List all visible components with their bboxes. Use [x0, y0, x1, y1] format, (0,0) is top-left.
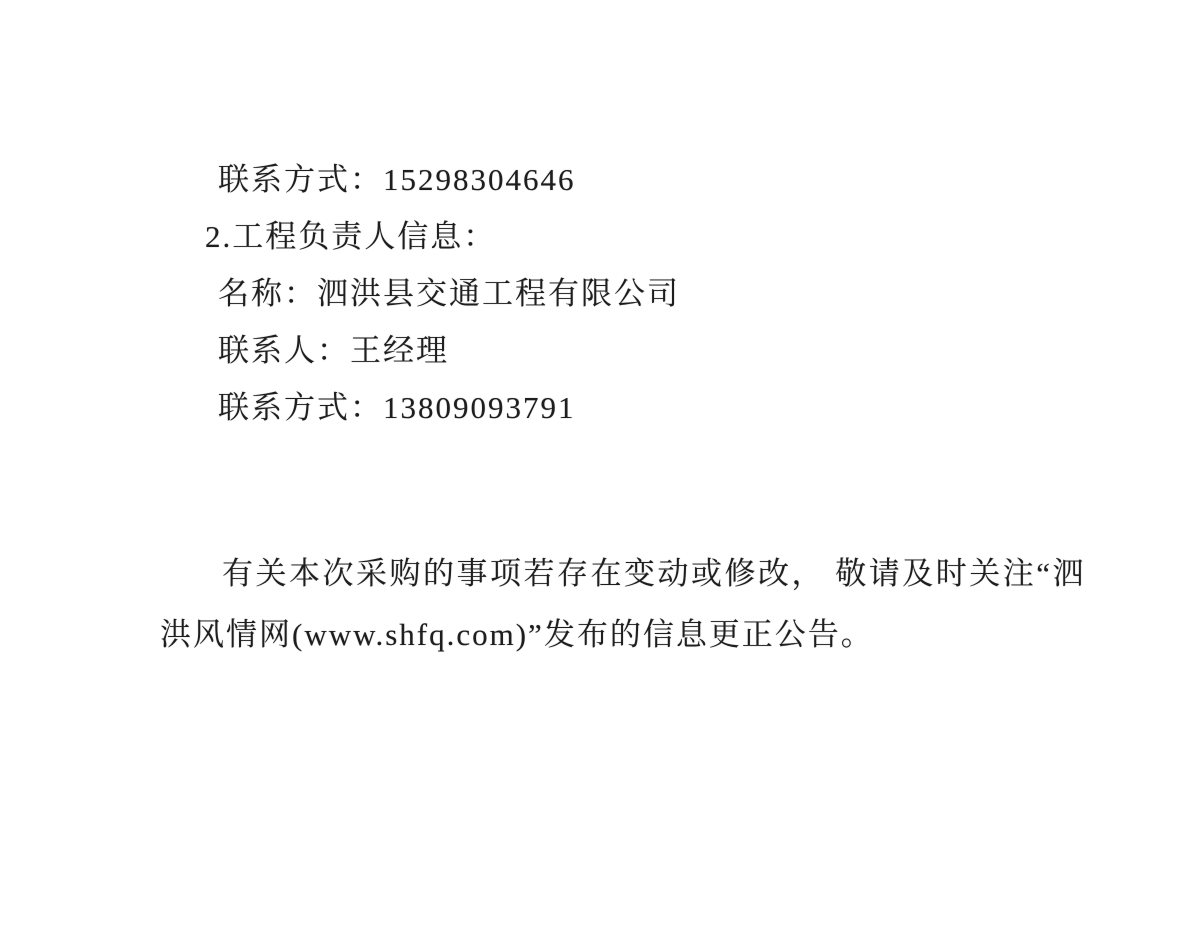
contact-phone-line: 联系方式：15298304646 [218, 163, 576, 197]
company-name-line: 名称：泗洪县交通工程有限公司 [218, 277, 680, 311]
closing-paragraph-line-2: 洪风情网(www.shfq.com)”发布的信息更正公告。 [160, 618, 874, 652]
closing-paragraph-line-1: 有关本次采购的事项若存在变动或修改， 敬请及时关注“泗 [222, 557, 1086, 591]
contact-person-line: 联系人：王经理 [218, 334, 449, 368]
manager-phone-line: 联系方式：13809093791 [218, 391, 576, 425]
section-heading-project-manager-info: 2.工程负责人信息： [205, 220, 496, 254]
document-page: 联系方式：15298304646 2.工程负责人信息： 名称：泗洪县交通工程有限… [0, 0, 1200, 931]
